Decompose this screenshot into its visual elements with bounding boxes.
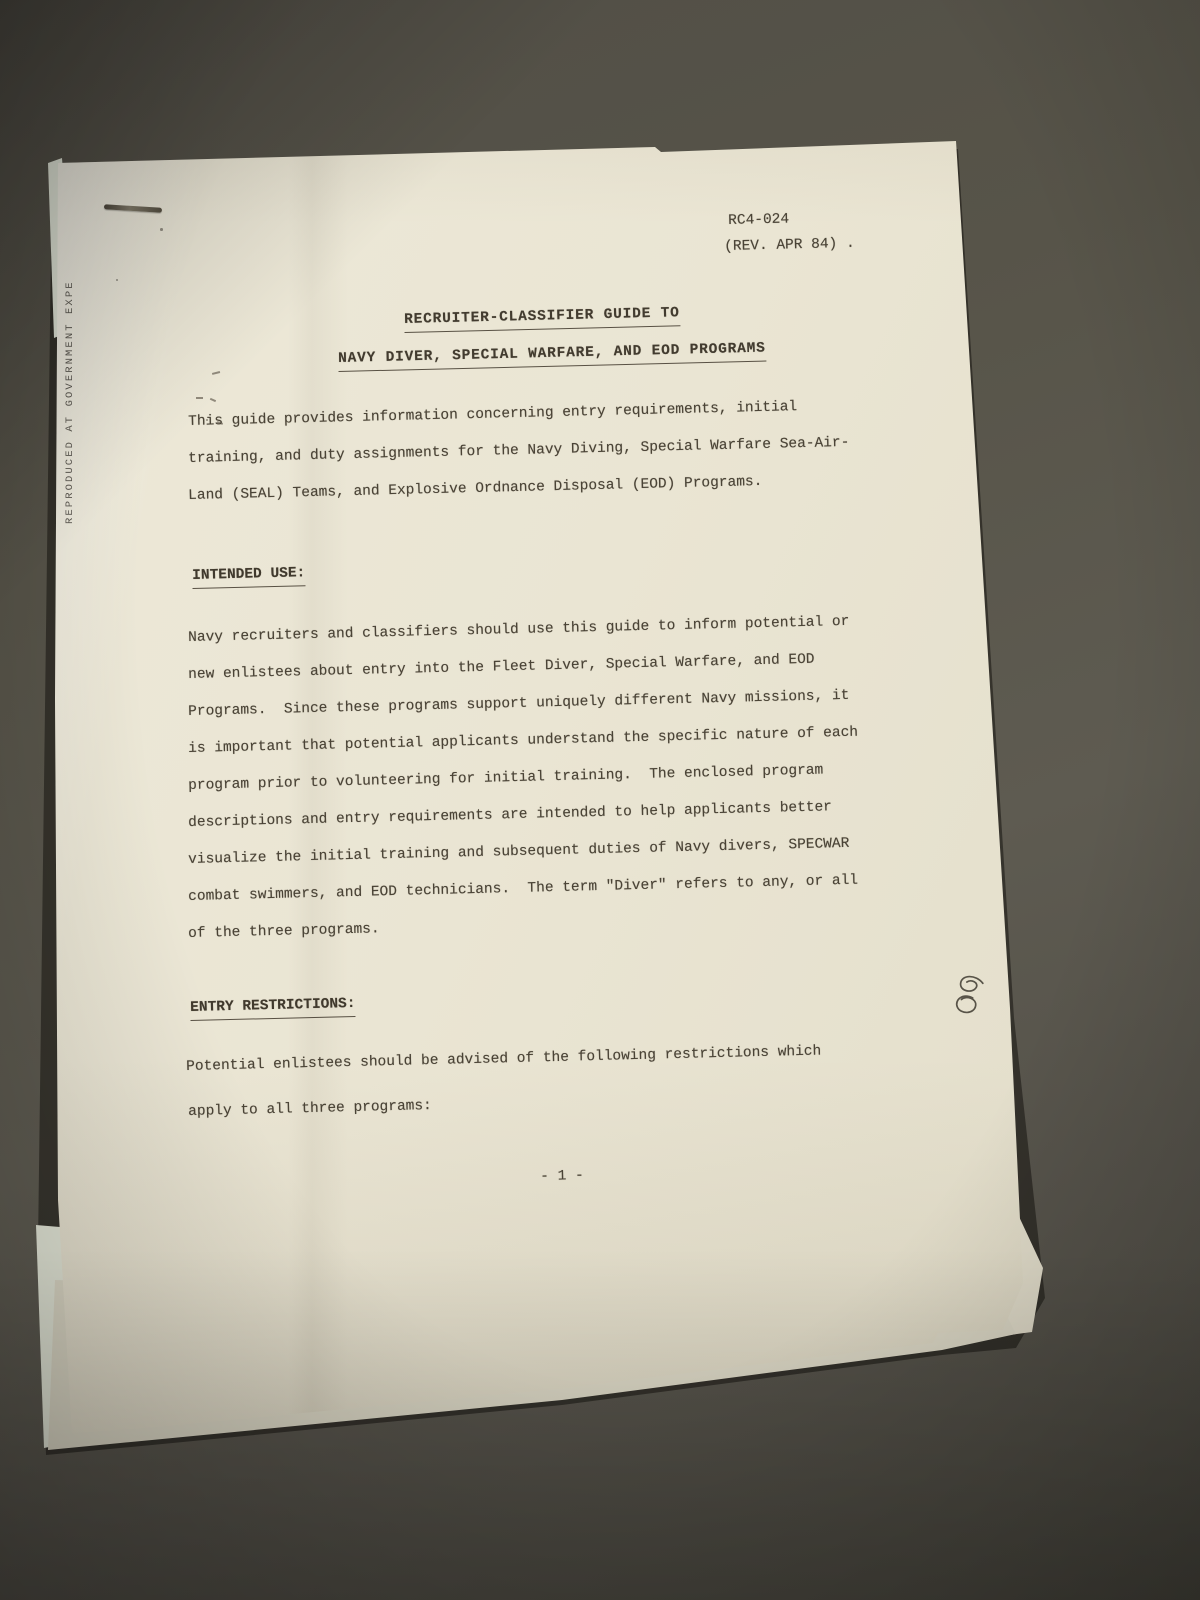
paper-speck — [160, 228, 163, 231]
paper-speck — [116, 279, 118, 281]
document-page: REPRODUCED AT GOVERNMENT EXPE RC4-024 (R… — [0, 0, 1200, 1600]
doc-number: RC4-024 — [728, 211, 789, 230]
photo-of-document: REPRODUCED AT GOVERNMENT EXPE RC4-024 (R… — [0, 0, 1200, 1600]
body-line: combat swimmers, and EOD technicians. Th… — [188, 872, 858, 906]
stray-mark — [210, 398, 216, 402]
intro-line: This guide provides information concerni… — [188, 398, 797, 431]
doc-revision: (REV. APR 84) . — [724, 235, 855, 256]
stray-mark — [196, 397, 203, 399]
section-heading-entry-restrictions: ENTRY RESTRICTIONS: — [190, 995, 356, 1021]
body-line: visualize the initial training and subse… — [188, 835, 850, 869]
intro-line: training, and duty assignments for the N… — [188, 434, 850, 468]
staple — [104, 204, 162, 212]
body-line: Potential enlistees should be advised of… — [186, 1042, 821, 1076]
body-line: Navy recruiters and classifiers should u… — [188, 613, 850, 647]
stray-mark — [212, 371, 220, 374]
body-line: new enlistees about entry into the Fleet… — [188, 651, 815, 684]
handwritten-scribble — [946, 969, 998, 1037]
margin-stamp-text: REPRODUCED AT GOVERNMENT EXPE — [64, 162, 80, 524]
intro-line: Land (SEAL) Teams, and Explosive Ordnanc… — [188, 473, 763, 505]
doc-title-line2: NAVY DIVER, SPECIAL WARFARE, AND EOD PRO… — [338, 340, 766, 372]
page-number: - 1 - — [540, 1167, 584, 1186]
body-line: apply to all three programs: — [188, 1097, 432, 1121]
body-line: of the three programs. — [188, 920, 380, 943]
doc-title-line1: RECRUITER-CLASSIFIER GUIDE TO — [404, 304, 680, 332]
body-line: is important that potential applicants u… — [188, 724, 858, 758]
body-line: Programs. Since these programs support u… — [188, 687, 850, 721]
body-line: program prior to volunteering for initia… — [188, 761, 823, 795]
body-line: descriptions and entry requirements are … — [188, 798, 832, 832]
section-heading-intended-use: INTENDED USE: — [192, 564, 306, 588]
